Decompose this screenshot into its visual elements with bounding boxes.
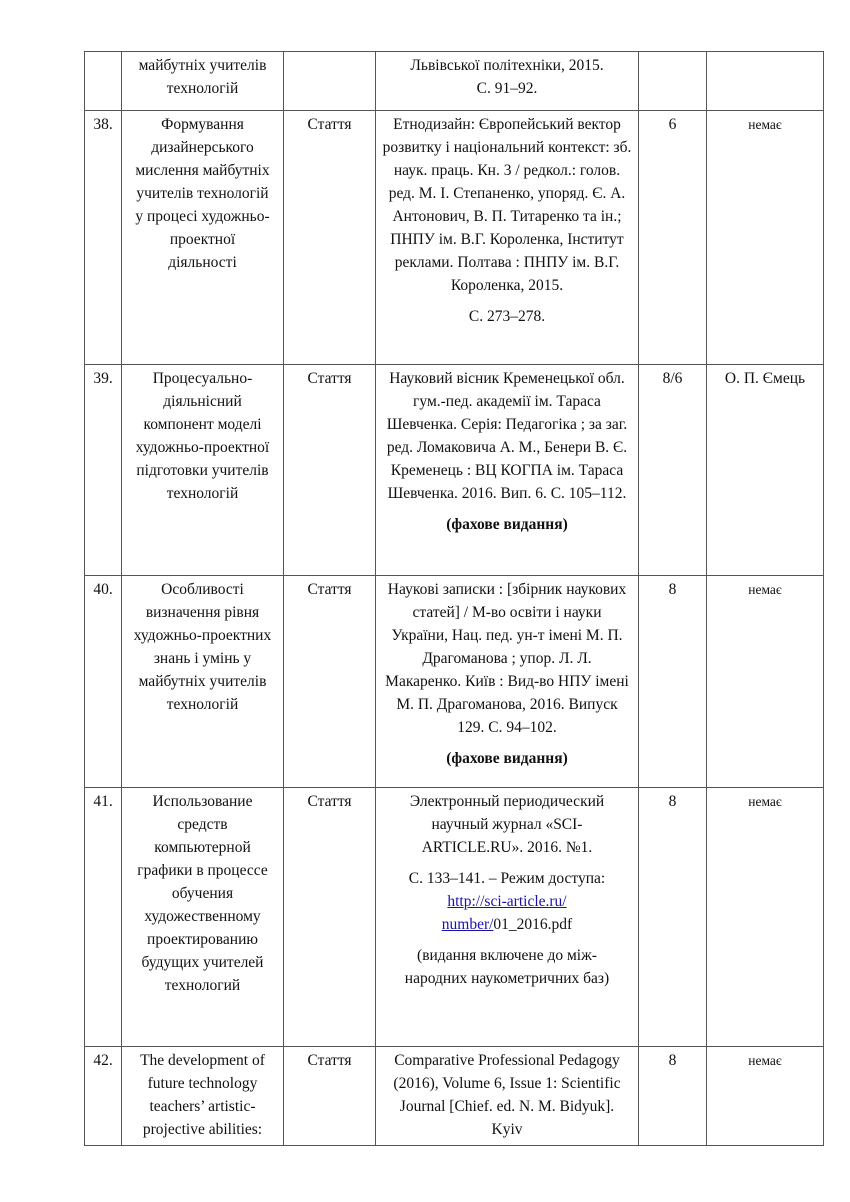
publication-source: Львівської політехніки, 2015. С. 91–92. [376, 52, 639, 111]
source-url-link-cont[interactable]: number/ [442, 916, 494, 933]
table-row: 41. Использование средств компьютерной г… [85, 788, 824, 1047]
publication-type: Стаття [284, 365, 376, 576]
publication-title: Процесуально-діяльнісний компонент модел… [122, 365, 284, 576]
publication-source: Етнодизайн: Європейський вектор розвитку… [376, 111, 639, 365]
table-row: 38. Формування дизайнерського мислення м… [85, 111, 824, 365]
publication-title: Особливості визначення рівня художньо-пр… [122, 576, 284, 788]
professional-edition-note: (фахове видання) [384, 513, 630, 536]
row-number: 39. [85, 365, 122, 576]
table-row: 40. Особливості визначення рівня художнь… [85, 576, 824, 788]
publications-table: майбутніх учителів технологій Львівської… [84, 51, 824, 1146]
publication-source: Comparative Professional Pedagogy (2016)… [376, 1047, 639, 1146]
coauthors: немає [707, 788, 824, 1047]
page-count: 8/6 [639, 365, 707, 576]
coauthors: немає [707, 576, 824, 788]
publication-type: Стаття [284, 1047, 376, 1146]
document-page: майбутніх учителів технологій Львівської… [0, 0, 850, 1202]
publication-type: Стаття [284, 788, 376, 1047]
page-count: 6 [639, 111, 707, 365]
page-count: 8 [639, 788, 707, 1047]
publication-title: майбутніх учителів технологій [122, 52, 284, 111]
row-number: 41. [85, 788, 122, 1047]
publication-title: Использование средств компьютерной графи… [122, 788, 284, 1047]
coauthors: О. П. Ємець [707, 365, 824, 576]
publication-source: Электронный периодический научный журнал… [376, 788, 639, 1047]
publication-type: Стаття [284, 576, 376, 788]
publication-type: Стаття [284, 111, 376, 365]
publication-type [284, 52, 376, 111]
page-count [639, 52, 707, 111]
table-row: 42. The development of future technology… [85, 1047, 824, 1146]
publication-title: The development of future technology tea… [122, 1047, 284, 1146]
page-count: 8 [639, 1047, 707, 1146]
coauthors: немає [707, 111, 824, 365]
row-number: 38. [85, 111, 122, 365]
source-url-link[interactable]: http://sci-article.ru/ [447, 893, 566, 910]
publication-source: Науковий вісник Кременецької обл. гум.-п… [376, 365, 639, 576]
row-number [85, 52, 122, 111]
coauthors: немає [707, 1047, 824, 1146]
row-number: 42. [85, 1047, 122, 1146]
page-count: 8 [639, 576, 707, 788]
database-note: (видання включене до між-народних науком… [390, 944, 624, 990]
publication-source: Наукові записки : [збірник наукових стат… [376, 576, 639, 788]
coauthors [707, 52, 824, 111]
row-number: 40. [85, 576, 122, 788]
table-row: майбутніх учителів технологій Львівської… [85, 52, 824, 111]
table-row: 39. Процесуально-діяльнісний компонент м… [85, 365, 824, 576]
publication-title: Формування дизайнерського мислення майбу… [122, 111, 284, 365]
professional-edition-note: (фахове видання) [384, 747, 630, 770]
